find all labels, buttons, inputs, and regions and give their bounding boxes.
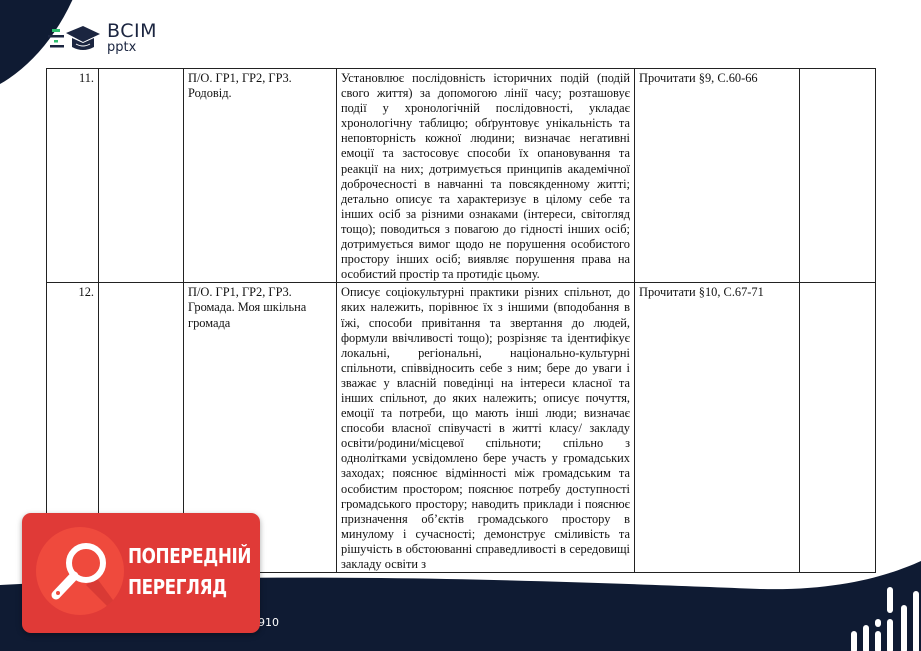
homework: Прочитати §10, С.67-71 [635,283,800,573]
preview-badge-button[interactable]: ПОПЕРЕДНІЙ ПЕРЕГЛЯД [22,513,260,633]
date-cell [99,69,184,283]
preview-label-line2: ПЕРЕГЛЯД [128,572,235,603]
graduation-cap-icon [48,23,103,53]
preview-label-line1: ПОПЕРЕДНІЙ [128,541,235,572]
logo-title: BCIM [107,22,157,41]
lesson-topic: П/О. ГР1, ГР2, ГР3. Родовід. [184,69,337,283]
magnifier-icon [36,527,124,615]
preview-label: ПОПЕРЕДНІЙ ПЕРЕГЛЯД [128,541,235,603]
lesson-plan-table: 11. П/О. ГР1, ГР2, ГР3. Родовід. Установ… [46,68,876,573]
notes-cell [800,283,876,573]
brand-logo[interactable]: BCIM pptx [48,22,157,54]
logo-subtitle: pptx [107,41,157,54]
homework: Прочитати §9, С.60-66 [635,69,800,283]
bars-decoration-icon [841,581,921,651]
table-row: 11. П/О. ГР1, ГР2, ГР3. Родовід. Установ… [47,69,876,283]
learning-outcomes: Описує соціокультурні практики різних сп… [337,283,635,573]
page-number: 910 [258,616,279,629]
lesson-number: 11. [47,69,99,283]
learning-outcomes: Установлює послідовність історичних поді… [337,69,635,283]
notes-cell [800,69,876,283]
